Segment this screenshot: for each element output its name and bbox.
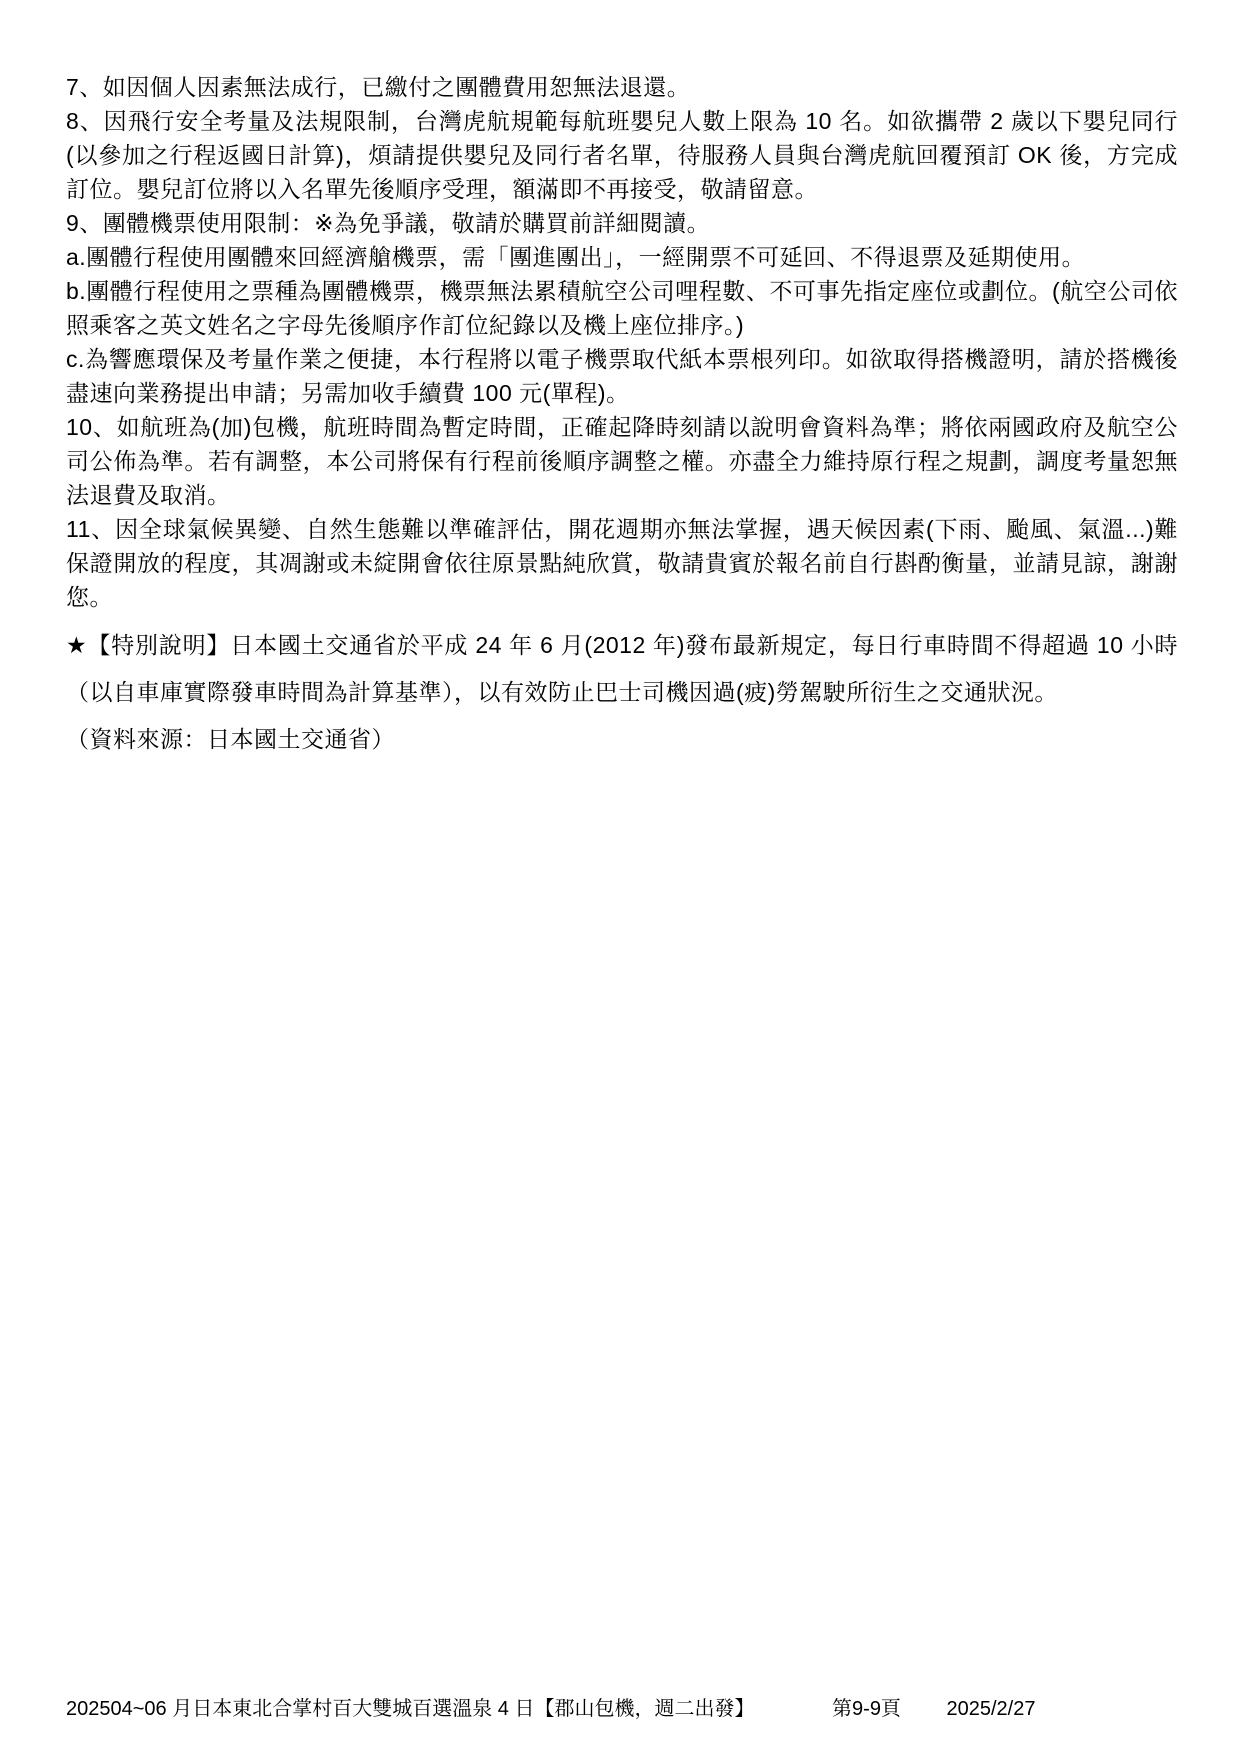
term-item-9: 9、團體機票使用限制：※為免爭議，敬請於購買前詳細閱讀。 bbox=[66, 206, 1178, 240]
term-item-8: 8、因飛行安全考量及法規限制，台灣虎航規範每航班嬰兒人數上限為 10 名。如欲攜… bbox=[66, 104, 1178, 206]
term-item-9c: c.為響應環保及考量作業之便捷，本行程將以電子機票取代紙本票根列印。如欲取得搭機… bbox=[66, 342, 1178, 410]
term-item-9b: b.團體行程使用之票種為團體機票，機票無法累積航空公司哩程數、不可事先指定座位或… bbox=[66, 274, 1178, 342]
term-item-10: 10、如航班為(加)包機，航班時間為暫定時間，正確起降時刻請以說明會資料為準；將… bbox=[66, 410, 1178, 512]
document-page: 7、如因個人因素無法成行，已繳付之團體費用恕無法退還。 8、因飛行安全考量及法規… bbox=[0, 0, 1241, 1755]
footer-tour-title: 202504~06 月日本東北合掌村百大雙城百選溫泉 4 日【郡山包機，週二出發… bbox=[66, 1698, 754, 1720]
term-item-7: 7、如因個人因素無法成行，已繳付之團體費用恕無法退還。 bbox=[66, 70, 1178, 104]
special-note: ★【特別說明】日本國土交通省於平成 24 年 6 月(2012 年)發布最新規定… bbox=[66, 622, 1178, 716]
source-note: （資料來源：日本國土交通省） bbox=[66, 716, 1178, 763]
terms-section: 7、如因個人因素無法成行，已繳付之團體費用恕無法退還。 8、因飛行安全考量及法規… bbox=[66, 70, 1178, 763]
term-item-11: 11、因全球氣候異變、自然生態難以準確評估，開花週期亦無法掌握，遇天候因素(下雨… bbox=[66, 512, 1178, 614]
page-footer: 202504~06 月日本東北合掌村百大雙城百選溫泉 4 日【郡山包機，週二出發… bbox=[66, 1694, 1178, 1724]
footer-page-number: 第9-9頁 bbox=[832, 1698, 901, 1720]
footer-date: 2025/2/27 bbox=[947, 1698, 1036, 1720]
term-item-9a: a.團體行程使用團體來回經濟艙機票，需「團進團出」，一經開票不可延回、不得退票及… bbox=[66, 240, 1178, 274]
